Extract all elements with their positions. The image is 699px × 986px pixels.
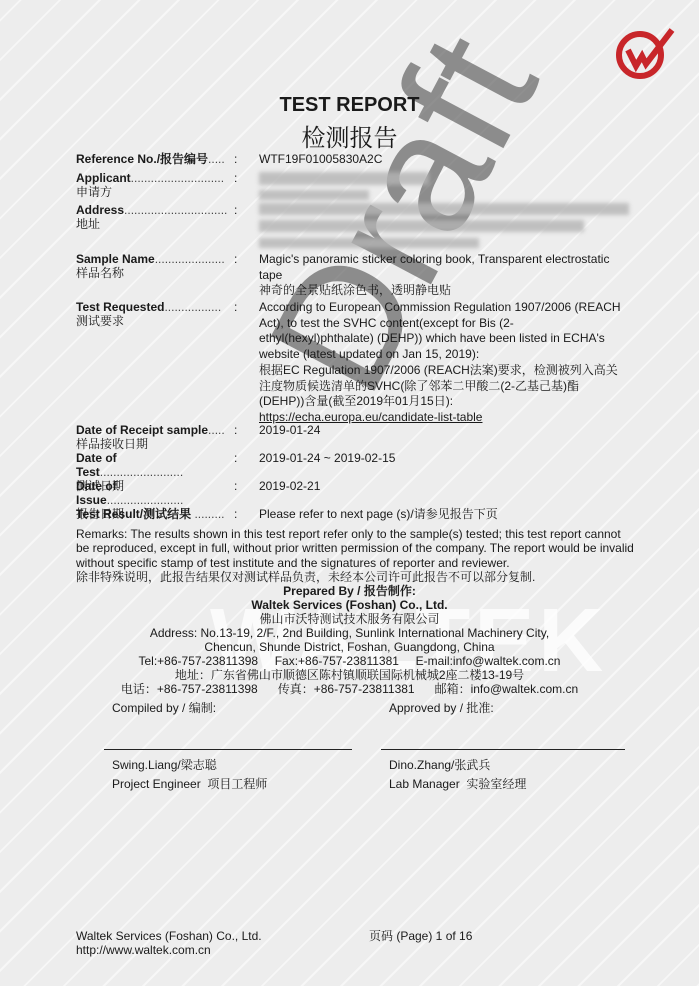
company-address-cn: 地址：广东省佛山市顺德区陈村镇顺联国际机械城2座二楼13-19号 bbox=[0, 668, 699, 683]
reference-label: Reference No./报告编号..... bbox=[76, 152, 226, 166]
applicant-label: Applicant............................申请方 bbox=[76, 171, 226, 199]
title-en: TEST REPORT bbox=[0, 94, 699, 117]
page-number: 页码 (Page) 1 of 16 bbox=[369, 929, 472, 943]
approved-by-label: Approved by / 批准: bbox=[389, 699, 494, 716]
approver-signature-line bbox=[381, 749, 625, 750]
title-cn: 检测报告 bbox=[0, 118, 699, 153]
address-label: Address...............................地址 bbox=[76, 203, 226, 231]
approver-title: Lab Manager 实验室经理 bbox=[389, 775, 526, 792]
company-contact-cn: 电话：+86-757-23811398 传真：+86-757-23811381 … bbox=[0, 682, 699, 697]
echa-link[interactable]: https://echa.europa.eu/candidate-list-ta… bbox=[259, 410, 482, 424]
result-label: Test Result/测试结果 ......... bbox=[76, 507, 226, 521]
test-requested-label: Test Requested.................测试要求 bbox=[76, 300, 226, 328]
waltek-logo-icon bbox=[612, 24, 678, 82]
report-page: WALTEK Draft TEST REPORT 检测报告 Reference … bbox=[0, 0, 699, 986]
remarks: Remarks: The results shown in this test … bbox=[76, 527, 636, 584]
address-redacted bbox=[259, 203, 629, 215]
sample-name-label: Sample Name.....................样品名称 bbox=[76, 252, 226, 280]
footer-company: Waltek Services (Foshan) Co., Ltd.http:/… bbox=[76, 929, 262, 957]
reference-value: WTF19F01005830A2C bbox=[259, 152, 634, 168]
receipt-label: Date of Receipt sample.....样品接收日期 bbox=[76, 423, 226, 451]
company-address-1: Address: No.13-19, 2/F., 2nd Building, S… bbox=[0, 626, 699, 641]
receipt-value: 2019-01-24 bbox=[259, 423, 634, 439]
test-requested-value: According to European Commission Regulat… bbox=[259, 300, 621, 426]
approver-name: Dino.Zhang/张武兵 bbox=[389, 756, 490, 773]
company-contact-en: Tel:+86-757-23811398 Fax:+86-757-2381138… bbox=[0, 654, 699, 669]
test-date-value: 2019-01-24 ~ 2019-02-15 bbox=[259, 451, 634, 467]
company-address-2: Chencun, Shunde District, Foshan, Guangd… bbox=[0, 640, 699, 655]
prepared-by-label: Prepared By / 报告制作: bbox=[0, 584, 699, 599]
company-name-en: Waltek Services (Foshan) Co., Ltd. bbox=[0, 598, 699, 613]
issue-value: 2019-02-21 bbox=[259, 479, 634, 495]
compiler-name: Swing.Liang/梁志聪 bbox=[112, 756, 217, 773]
company-name-cn: 佛山市沃特测试技术服务有限公司 bbox=[0, 612, 699, 627]
compiler-title: Project Engineer 项目工程师 bbox=[112, 775, 267, 792]
result-value: Please refer to next page (s)/请参见报告下页 bbox=[259, 507, 634, 523]
applicant-redacted bbox=[259, 172, 429, 185]
footer-url: http://www.waltek.com.cn bbox=[76, 943, 211, 957]
sample-name-value: Magic's panoramic sticker coloring book,… bbox=[259, 252, 614, 299]
compiler-signature-line bbox=[104, 749, 352, 750]
compiled-by-label: Compiled by / 编制: bbox=[112, 699, 216, 716]
